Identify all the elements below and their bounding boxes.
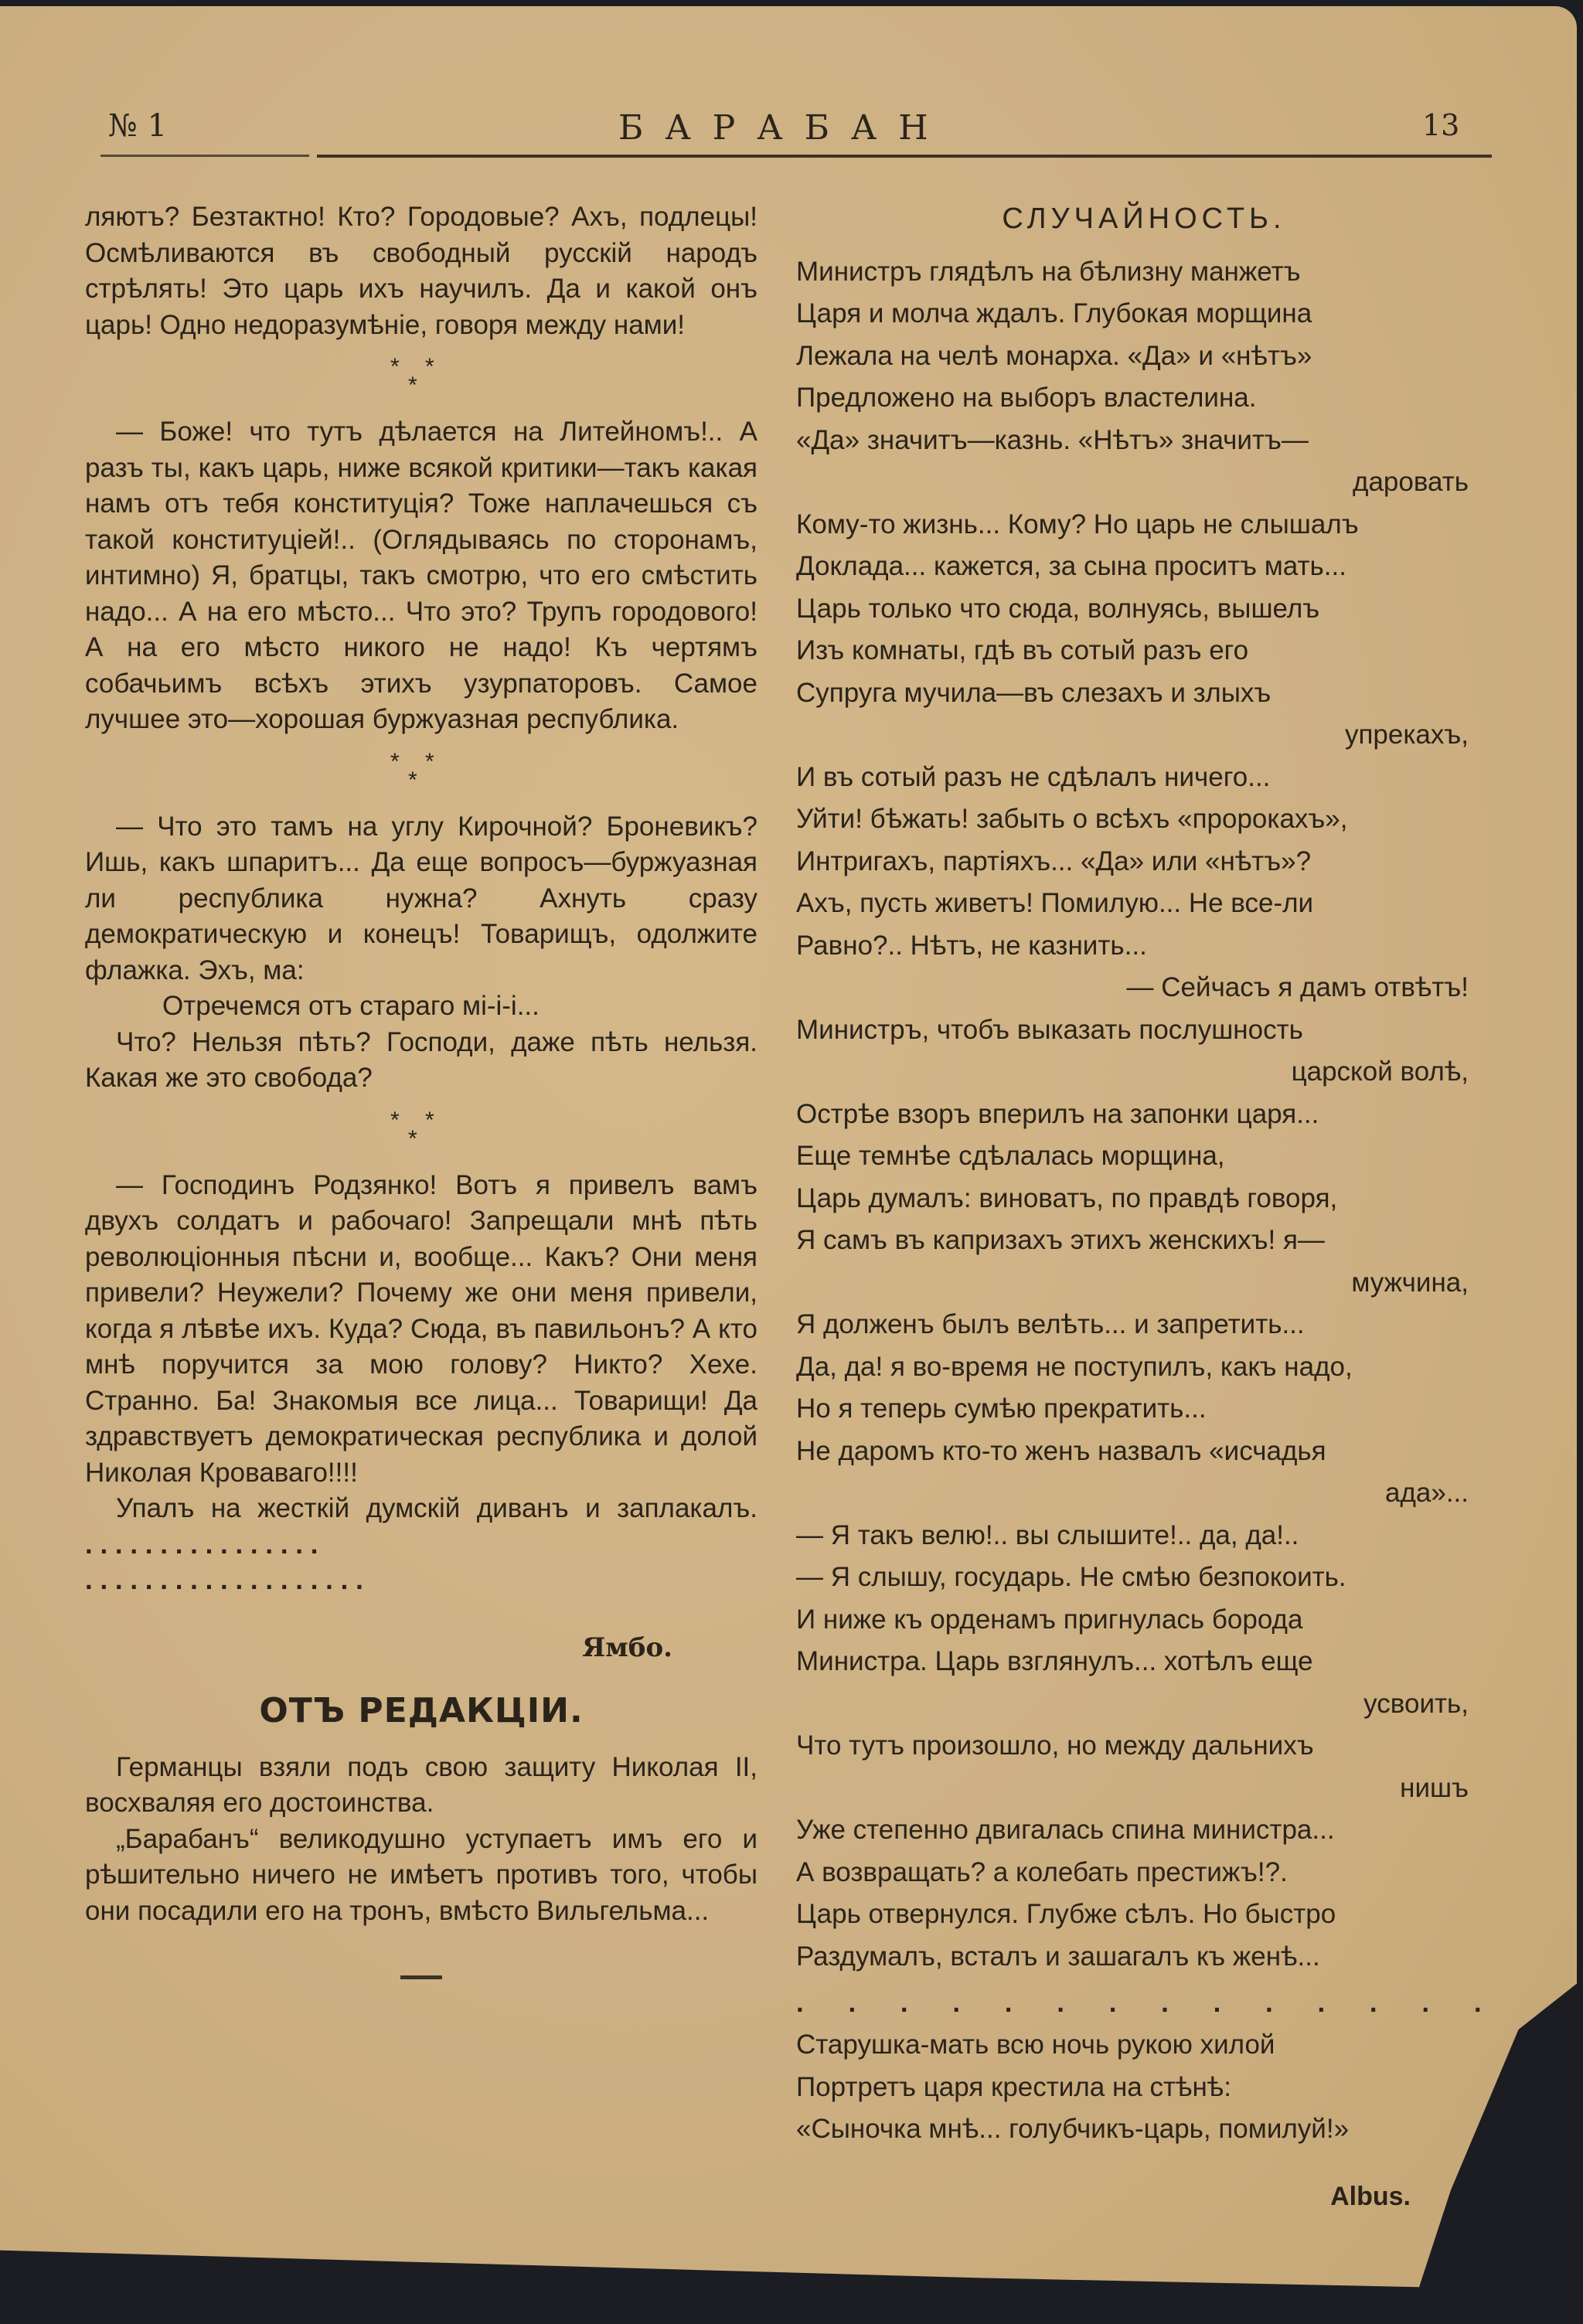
poem-line: А возвращать? а колебать престижъ!?.: [796, 1852, 1492, 1894]
poem-line: усвоить,: [796, 1683, 1492, 1726]
asterism-divider: * * *: [85, 738, 757, 809]
poem-line: — Сейчасъ я дамъ отвѣтъ!: [796, 967, 1492, 1009]
poem-line: Кому-то жизнь... Кому? Но царь не слышал…: [796, 504, 1492, 546]
sketch-paragraph-1: — Боже! что тутъ дѣлается на Литейномъ!.…: [85, 414, 757, 738]
poem-line: Царя и молча ждалъ. Глубокая морщина: [796, 293, 1492, 335]
poem-line: Супруга мучила—въ слезахъ и злыхъ: [796, 672, 1492, 715]
poem-line: Я долженъ былъ велѣть... и запретить...: [796, 1304, 1492, 1346]
author-signature: Albus.: [796, 2179, 1492, 2215]
page-number: 13: [1422, 108, 1459, 142]
poem-line: Я самъ въ капризахъ этихъ женскихъ! я—: [796, 1220, 1492, 1262]
poem-line: «Да» значитъ—казнь. «Нѣтъ» значитъ—: [796, 420, 1492, 462]
sketch-paragraph-2: — Что это тамъ на углу Кирочной? Броневи…: [85, 809, 757, 989]
poem-line: Доклада... кажется, за сына проситъ мать…: [796, 546, 1492, 588]
poem-line: мужчина,: [796, 1262, 1492, 1305]
poem-line: Царь думалъ: виноватъ, по правдѣ говоря,: [796, 1178, 1492, 1220]
poem-closing-line: Старушка-мать всю ночь рукою хилой: [796, 2024, 1492, 2067]
poem-line: Царь только что сюда, волнуясь, вышелъ: [796, 588, 1492, 631]
poem-closing: Старушка-мать всю ночь рукою хилойПортре…: [796, 2024, 1492, 2151]
header-rule-long: [317, 155, 1492, 158]
poem-line: Еще темнѣе сдѣлалась морщина,: [796, 1135, 1492, 1178]
sketch-paragraph-2-end: Что? Нельзя пѣть? Господи, даже пѣть нел…: [85, 1025, 757, 1097]
poem-line: Министръ, чтобъ выказать послушность: [796, 1009, 1492, 1052]
poem-line: И ниже къ орденамъ пригнулась борода: [796, 1599, 1492, 1642]
poem-line: Уйти! бѣжать! забыть о всѣхъ «пророкахъ»…: [796, 798, 1492, 841]
poem-line: Интригахъ, партіяхъ... «Да» или «нѣтъ»?: [796, 841, 1492, 883]
poem-line: Раздумалъ, всталъ и зашагалъ къ женѣ...: [796, 1936, 1492, 1979]
poem-line: упрекахъ,: [796, 714, 1492, 757]
editorial-paragraph-1: Германцы взяли подъ свою защиту Николая …: [85, 1750, 757, 1822]
poem-line: Царь отвернулся. Глубже сѣлъ. Но быстро: [796, 1894, 1492, 1936]
sketch-paragraph-4: Упалъ на жесткій думскій диванъ и заплак…: [85, 1491, 757, 1563]
poem-line: Изъ комнаты, гдѣ въ сотый разъ его: [796, 630, 1492, 672]
issue-number: № 1: [108, 108, 167, 144]
editorial-paragraph-2: „Барабанъ“ великодушно уступаетъ имъ его…: [85, 1822, 757, 1930]
poem-closing-line: Портретъ царя крестила на стѣнѣ:: [796, 2067, 1492, 2109]
poem-line: Ахъ, пусть живетъ! Помилую... Не все-ли: [796, 883, 1492, 925]
poem-line: ада»...: [796, 1472, 1492, 1515]
song-quote: Отречемся отъ стараго мі-і-і...: [85, 988, 757, 1025]
page-header: № 1 БАРАБАН 13: [0, 108, 1583, 170]
poem-line: Предложено на выборъ властелина.: [796, 377, 1492, 420]
publication-title: БАРАБАН: [618, 108, 950, 148]
end-rule: [400, 1975, 442, 1979]
poem-line: Острѣе взоръ вперилъ на запонки царя...: [796, 1094, 1492, 1136]
poem-line: Не даромъ кто-то женъ назвалъ «исчадья: [796, 1431, 1492, 1473]
editorial-title: ОТЪ РЕДАКЦІИ.: [85, 1693, 757, 1730]
left-column: ляютъ? Безтактно! Кто? Городовые? Ахъ, п…: [85, 199, 757, 1979]
poem-line: даровать: [796, 461, 1492, 504]
poem-closing-line: «Сыночка мнѣ... голубчикъ-царь, помилуй!…: [796, 2108, 1492, 2151]
poem-line: Уже степенно двигалась спина министра...: [796, 1809, 1492, 1852]
poem-body: Министръ глядѣлъ на бѣлизну манжетъЦаря …: [796, 251, 1492, 1979]
header-rule-short: [100, 155, 309, 157]
dotted-separator: . . . . . . . . . . . . . . . . . . .: [85, 1563, 757, 1599]
poem-line: И въ сотый разъ не сдѣлалъ ничего...: [796, 757, 1492, 799]
poem-line: царской волѣ,: [796, 1051, 1492, 1094]
poem-line: — Я слышу, государь. Не смѣю безпокоить.: [796, 1557, 1492, 1599]
asterism-divider: * * *: [85, 1097, 757, 1168]
poem-title: СЛУЧАЙНОСТЬ.: [796, 201, 1492, 237]
poem-line: Лежала на челѣ монарха. «Да» и «нѣтъ»: [796, 335, 1492, 378]
poem-line: Но я теперь сумѣю прекратить...: [796, 1388, 1492, 1431]
right-column: СЛУЧАЙНОСТЬ. Министръ глядѣлъ на бѣлизну…: [796, 199, 1492, 2214]
poem-line: — Я такъ велю!.. вы слышите!.. да, да!..: [796, 1515, 1492, 1557]
poem-line: Что тутъ произошло, но между дальнихъ: [796, 1725, 1492, 1768]
poem-line: Министра. Царь взглянулъ... хотѣлъ еще: [796, 1641, 1492, 1683]
poem-line: Да, да! я во-время не поступилъ, какъ на…: [796, 1346, 1492, 1389]
poem-line: нишъ: [796, 1768, 1492, 1810]
poem-line: Равно?.. Нѣтъ, не казнить...: [796, 925, 1492, 968]
sketch-paragraph-3: — Господинъ Родзянко! Вотъ я привелъ вам…: [85, 1168, 757, 1492]
sketch-paragraph-0: ляютъ? Безтактно! Кто? Городовые? Ахъ, п…: [85, 199, 757, 343]
ellipsis-dots: . . . . . . . . . . . . . . . .: [85, 1529, 318, 1560]
asterism-divider: * * *: [85, 343, 757, 414]
dotted-separator: . . . . . . . . . . . . . . . . . . .: [796, 1982, 1492, 2024]
author-signature: Ямбо.: [85, 1630, 757, 1666]
poem-line: Министръ глядѣлъ на бѣлизну манжетъ: [796, 251, 1492, 294]
